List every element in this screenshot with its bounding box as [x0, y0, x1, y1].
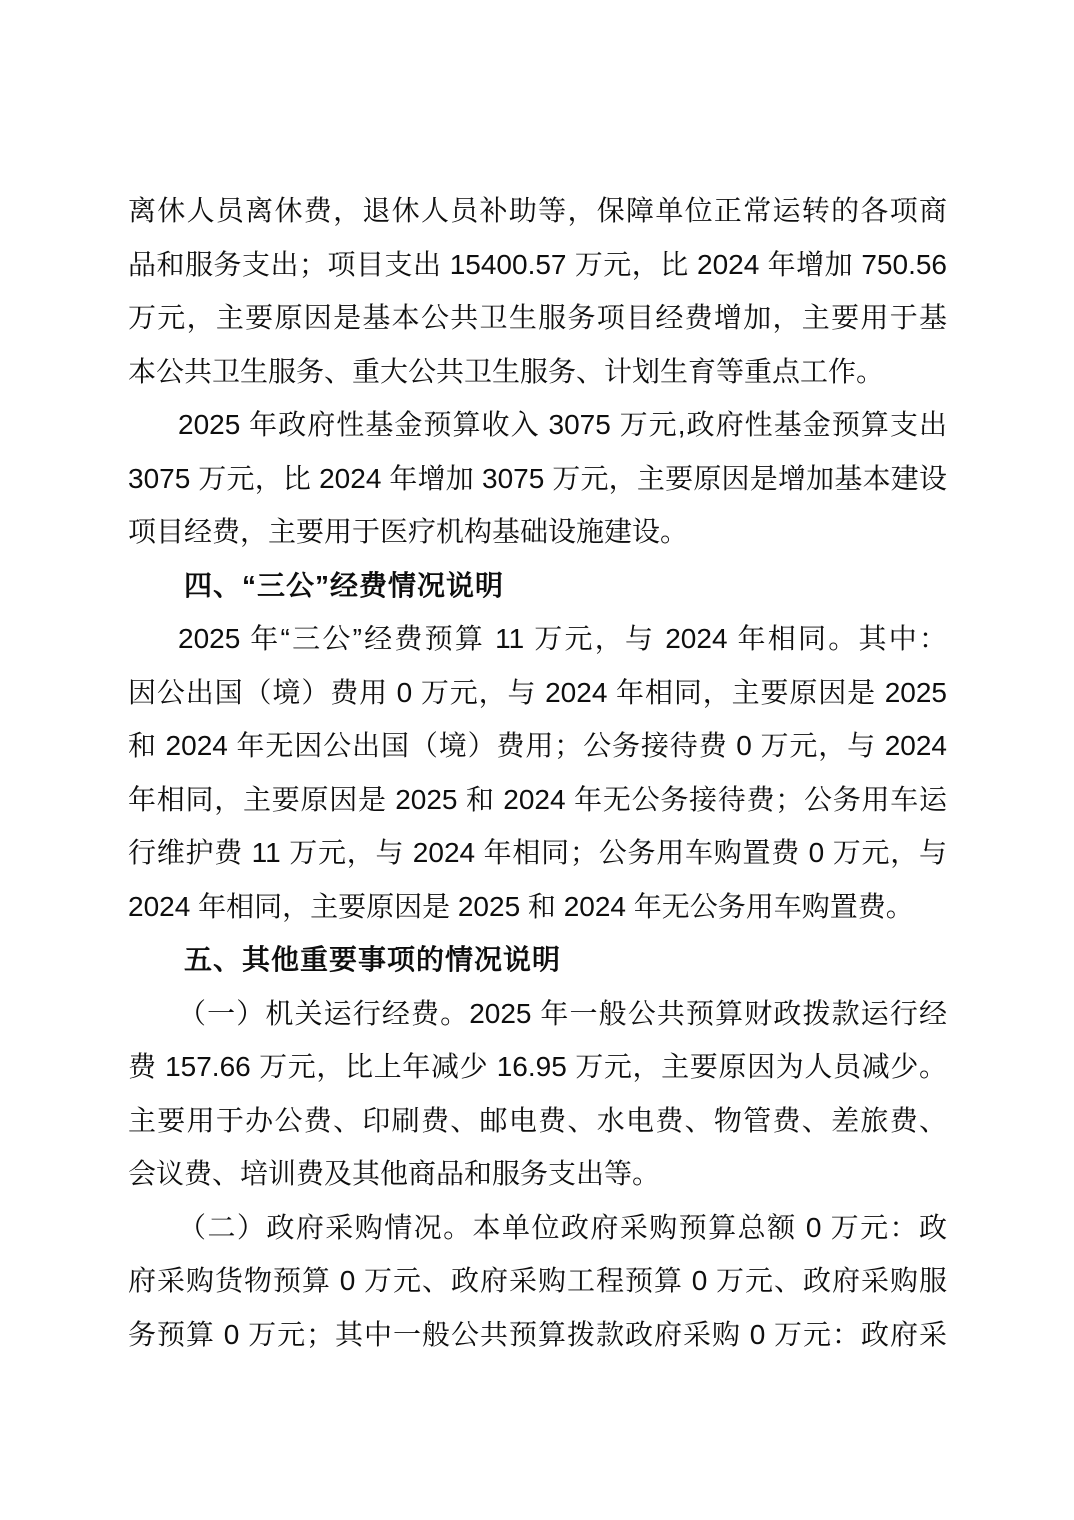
text-line: 2025 年政府性基金预算收入 3075 万元,政府性基金预算支出	[128, 398, 947, 452]
text-line: 项目经费，主要用于医疗机构基础设施建设。	[128, 505, 947, 559]
section-heading: 四、“三公”经费情况说明	[128, 559, 947, 613]
text-line: 万元，主要原因是基本公共卫生服务项目经费增加，主要用于基	[128, 291, 947, 345]
text-line: （二）政府采购情况。本单位政府采购预算总额 0 万元：政	[128, 1201, 947, 1255]
paragraph: 2025 年政府性基金预算收入 3075 万元,政府性基金预算支出3075 万元…	[128, 398, 947, 559]
heading-line: 四、“三公”经费情况说明	[128, 559, 947, 613]
text-line: 费 157.66 万元，比上年减少 16.95 万元，主要原因为人员减少。	[128, 1040, 947, 1094]
document-content: 离休人员离休费，退休人员补助等，保障单位正常运转的各项商品和服务支出；项目支出 …	[128, 184, 947, 1361]
text-line: 2024 年相同，主要原因是 2025 和 2024 年无公务用车购置费。	[128, 880, 947, 934]
text-line: 离休人员离休费，退休人员补助等，保障单位正常运转的各项商	[128, 184, 947, 238]
section-heading: 五、其他重要事项的情况说明	[128, 933, 947, 987]
text-line: 年相同，主要原因是 2025 和 2024 年无公务接待费；公务用车运	[128, 773, 947, 827]
text-line: 因公出国（境）费用 0 万元，与 2024 年相同，主要原因是 2025	[128, 666, 947, 720]
text-line: 行维护费 11 万元，与 2024 年相同；公务用车购置费 0 万元，与	[128, 826, 947, 880]
text-line: （一）机关运行经费。2025 年一般公共预算财政拨款运行经	[128, 987, 947, 1041]
text-line: 品和服务支出；项目支出 15400.57 万元，比 2024 年增加 750.5…	[128, 238, 947, 292]
paragraph: （一）机关运行经费。2025 年一般公共预算财政拨款运行经费 157.66 万元…	[128, 987, 947, 1201]
document-page: 离休人员离休费，退休人员补助等，保障单位正常运转的各项商品和服务支出；项目支出 …	[0, 0, 1074, 1520]
text-line: 2025 年“三公”经费预算 11 万元，与 2024 年相同。其中：	[128, 612, 947, 666]
paragraph: 2025 年“三公”经费预算 11 万元，与 2024 年相同。其中：因公出国（…	[128, 612, 947, 933]
text-line: 和 2024 年无因公出国（境）费用；公务接待费 0 万元，与 2024	[128, 719, 947, 773]
text-line: 会议费、培训费及其他商品和服务支出等。	[128, 1147, 947, 1201]
text-line: 主要用于办公费、印刷费、邮电费、水电费、物管费、差旅费、	[128, 1094, 947, 1148]
text-line: 本公共卫生服务、重大公共卫生服务、计划生育等重点工作。	[128, 345, 947, 399]
paragraph: 离休人员离休费，退休人员补助等，保障单位正常运转的各项商品和服务支出；项目支出 …	[128, 184, 947, 398]
paragraph: （二）政府采购情况。本单位政府采购预算总额 0 万元：政府采购货物预算 0 万元…	[128, 1201, 947, 1362]
heading-line: 五、其他重要事项的情况说明	[128, 933, 947, 987]
text-line: 3075 万元，比 2024 年增加 3075 万元，主要原因是增加基本建设	[128, 452, 947, 506]
text-line: 府采购货物预算 0 万元、政府采购工程预算 0 万元、政府采购服	[128, 1254, 947, 1308]
text-line: 务预算 0 万元；其中一般公共预算拨款政府采购 0 万元：政府采	[128, 1308, 947, 1362]
